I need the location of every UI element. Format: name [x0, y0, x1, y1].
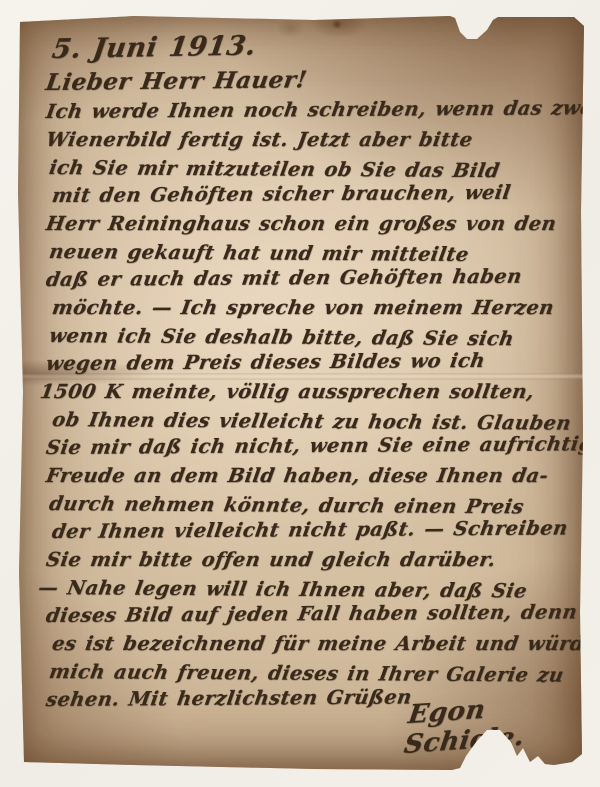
handwritten-line: dieses Bild auf jeden Fall haben sollten… — [44, 598, 577, 630]
signature: Egon Schiele. — [402, 687, 597, 760]
handwritten-line: 1500 K meinte, völlig aussprechen sollte… — [38, 378, 576, 406]
handwritten-line: Sie mir daß ich nicht, wenn Sie eine auf… — [44, 430, 577, 462]
handwritten-line: Wienerbild fertig ist. Jetzt aber bitte — [44, 126, 576, 154]
letter-paper: 5. Juni 1913. Lieber Herr Hauer! Ich wer… — [14, 12, 586, 770]
handwritten-line: Ich werde Ihnen noch schreiben, wenn das… — [44, 94, 577, 126]
handwritten-line: wegen dem Preis dieses Bildes wo ich — [44, 346, 577, 378]
letter-photograph: 5. Juni 1913. Lieber Herr Hauer! Ich wer… — [0, 0, 600, 787]
handwritten-line: mit den Gehöften sicher brauchen, weil — [50, 178, 577, 210]
handwritten-line: der Ihnen vielleicht nicht paßt. — Schre… — [50, 514, 577, 546]
handwritten-line: Freude an dem Bild haben, diese Ihnen da… — [44, 462, 576, 490]
date-line: 5. Juni 1913. — [50, 30, 258, 65]
handwritten-line: Herr Reininghaus schon ein großes von de… — [44, 210, 576, 238]
handwritten-line: daß er auch das mit den Gehöften haben — [44, 262, 577, 294]
handwritten-line: es ist bezeichnend für meine Arbeit und … — [50, 630, 576, 658]
salutation: Lieber Herr Hauer! — [44, 66, 309, 96]
letter-body: Ich werde Ihnen noch schreiben, wenn das… — [44, 98, 572, 714]
handwritten-line: Sie mir bitte offen und gleich darüber. — [44, 546, 576, 574]
handwriting-layer: 5. Juni 1913. Lieber Herr Hauer! Ich wer… — [14, 12, 586, 770]
handwritten-line: möchte. — Ich spreche von meinem Herzen — [50, 294, 576, 322]
